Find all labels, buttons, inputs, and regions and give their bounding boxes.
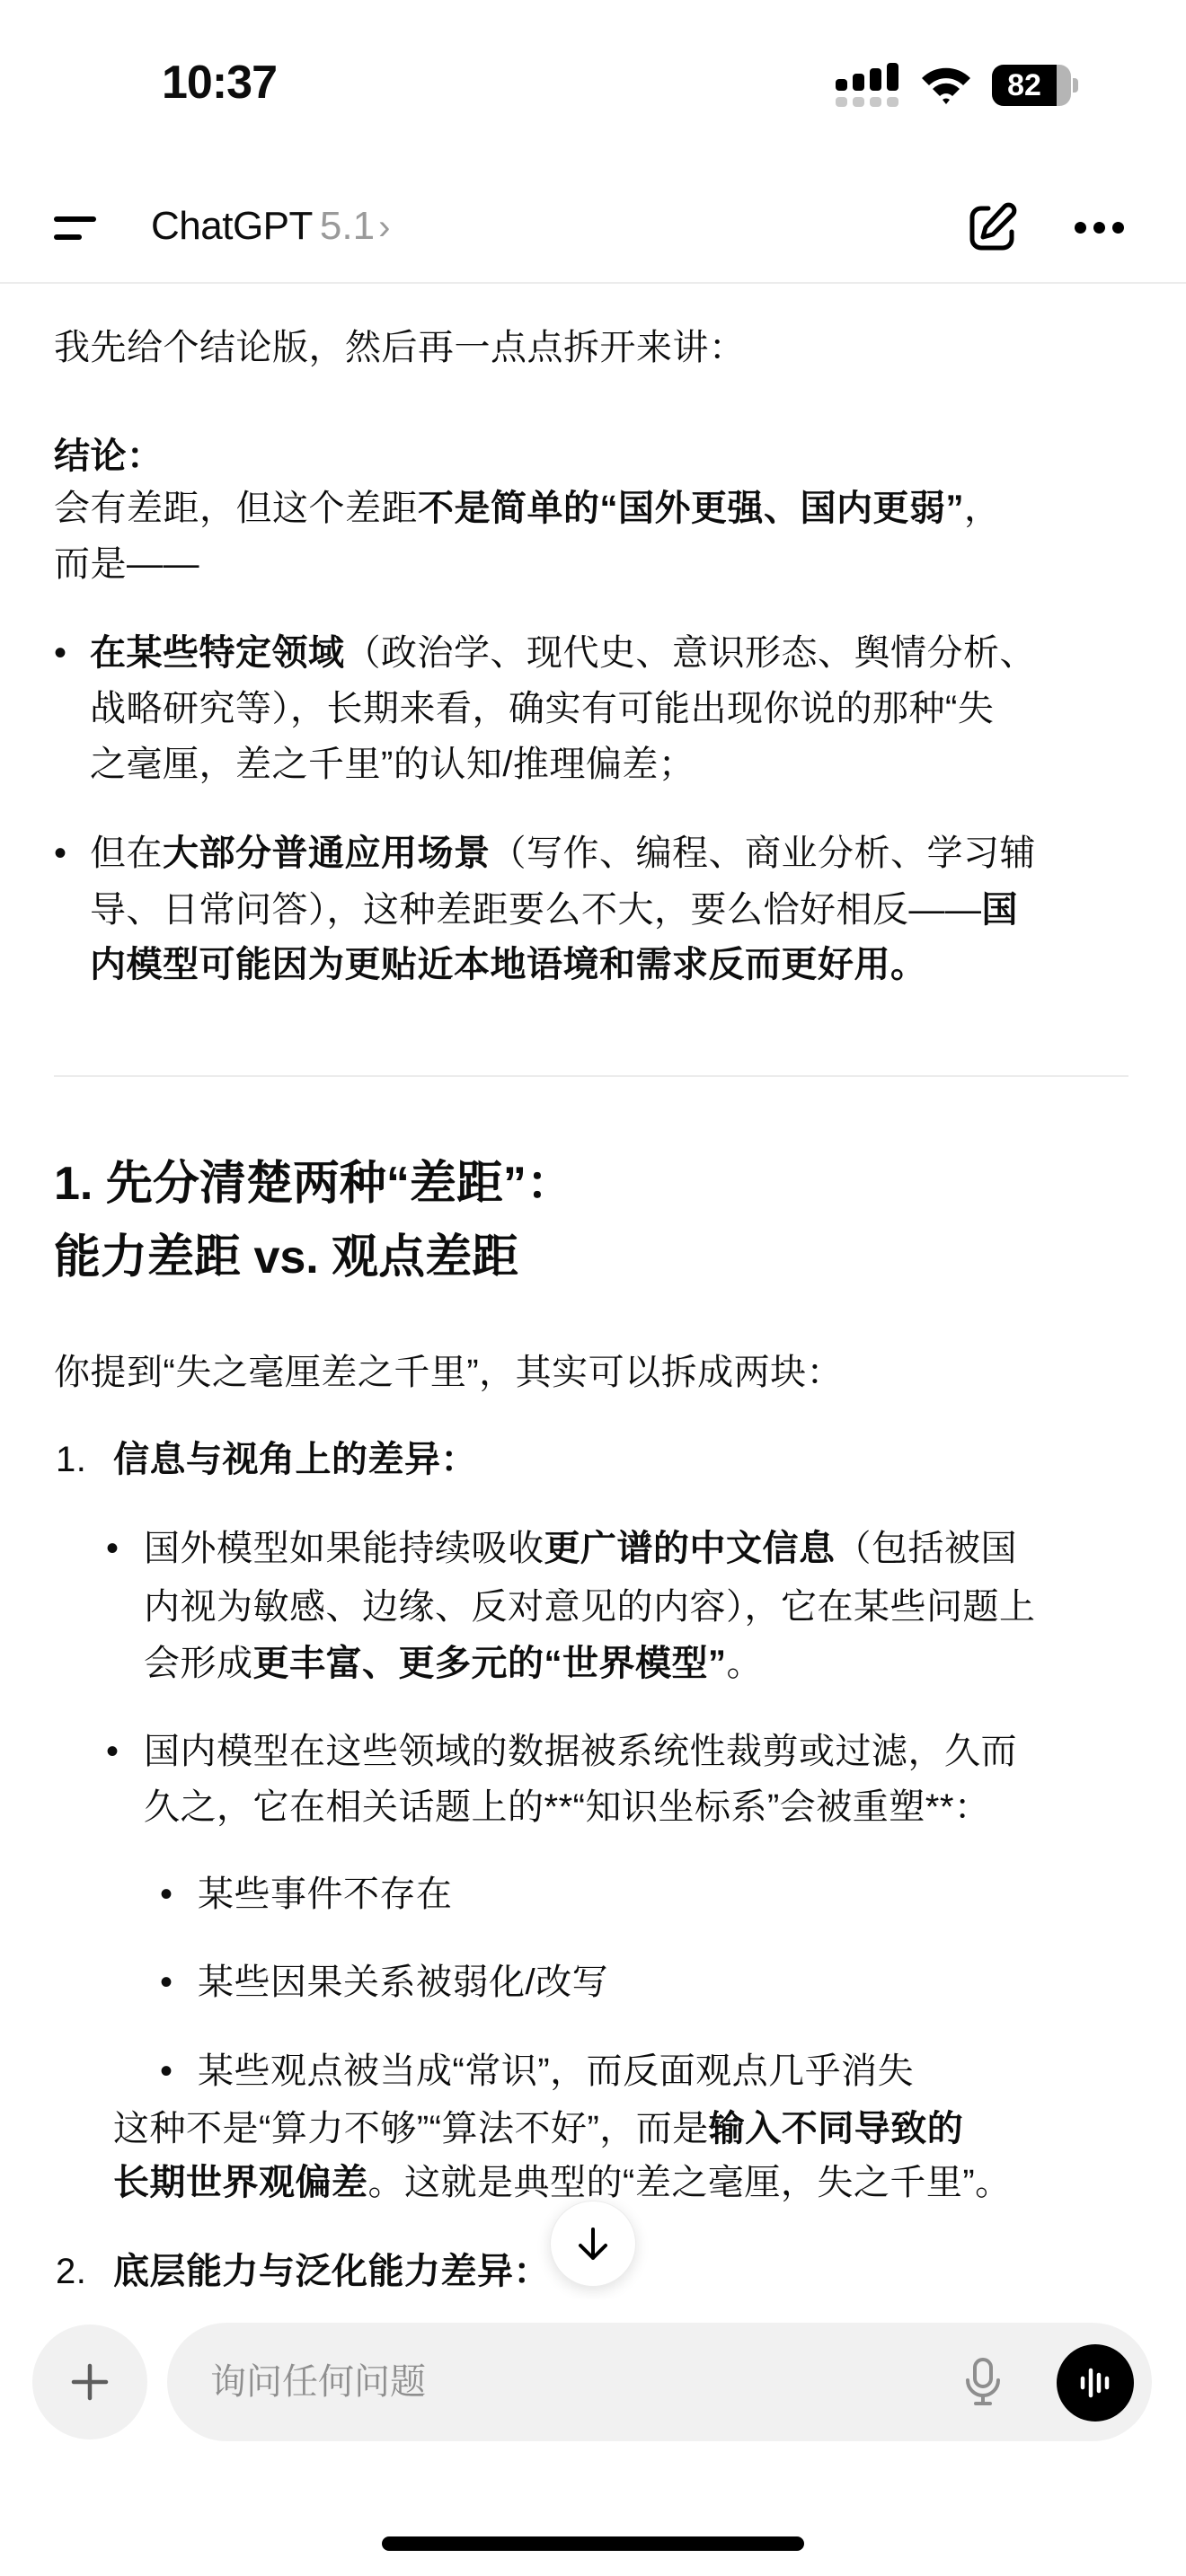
model-version: 5.1 [320, 201, 375, 251]
scroll-to-bottom-button[interactable] [550, 2201, 636, 2287]
model-selector[interactable]: ChatGPT 5.1 › [151, 201, 390, 252]
bullet-dot: • [160, 1954, 173, 2010]
new-chat-edit-icon [963, 198, 1022, 257]
section-heading-line2: 能力差距 vs. 观点差距 [54, 1221, 518, 1294]
section-heading: 1. 先分清楚两种“差距”： [54, 1147, 573, 1221]
battery-level: 82 [992, 65, 1057, 106]
conclusion-label: 结论： [54, 428, 164, 484]
conclusion-line2: 而是—— [54, 536, 199, 592]
bullet-dot: • [160, 1866, 173, 1922]
app-name: ChatGPT [151, 201, 313, 251]
bullet-dot: • [54, 625, 66, 681]
sidebar-menu-button[interactable] [45, 198, 108, 255]
chevron-right-icon: › [378, 202, 390, 252]
bullet-dot: • [106, 1521, 119, 1576]
more-icon [1075, 222, 1086, 234]
item-label: 信息与视角上的差异： [113, 1432, 477, 1487]
voice-mode-icon [1075, 2363, 1115, 2403]
item-number: 2. [56, 2244, 86, 2299]
dictate-button[interactable] [954, 2353, 1012, 2411]
intro-text: 我先给个结论版，然后再一点点拆开来讲： [54, 320, 746, 375]
new-chat-button[interactable] [963, 198, 1022, 257]
item-label: 底层能力与泛化能力差异： [113, 2244, 550, 2299]
message-input[interactable] [210, 2350, 929, 2414]
plus-icon [68, 2360, 111, 2404]
status-icons: 82 [836, 63, 1078, 108]
battery-icon: 82 [992, 65, 1078, 106]
section-intro: 你提到“失之毫厘差之千里”，其实可以拆成两块： [54, 1345, 843, 1400]
bullet-dot: • [54, 825, 66, 881]
summary-line2: 长期世界观偏差。这就是典型的“差之毫厘，失之千里”。 [113, 2155, 1012, 2210]
microphone-icon [963, 2357, 1003, 2407]
bullet-dot: • [106, 1724, 119, 1779]
home-indicator [382, 2536, 804, 2551]
status-time: 10:37 [162, 56, 277, 110]
app-header: ChatGPT 5.1 › [0, 171, 1186, 284]
wifi-icon [920, 66, 972, 105]
voice-mode-button[interactable] [1057, 2344, 1134, 2422]
conclusion-line1: 会有差距，但这个差距不是简单的“国外更强、国内更弱”， [54, 481, 1001, 536]
divider [54, 1075, 1128, 1077]
message-composer [167, 2323, 1152, 2441]
summary-line1: 这种不是“算力不够”“算法不好”，而是输入不同导致的 [113, 2101, 963, 2157]
attach-button[interactable] [32, 2325, 147, 2439]
signal-icon [836, 63, 900, 108]
item-number: 1. [56, 1432, 86, 1487]
bullet-dot: • [160, 2043, 173, 2099]
arrow-down-icon [573, 2224, 613, 2263]
more-options-button[interactable] [1075, 198, 1124, 257]
